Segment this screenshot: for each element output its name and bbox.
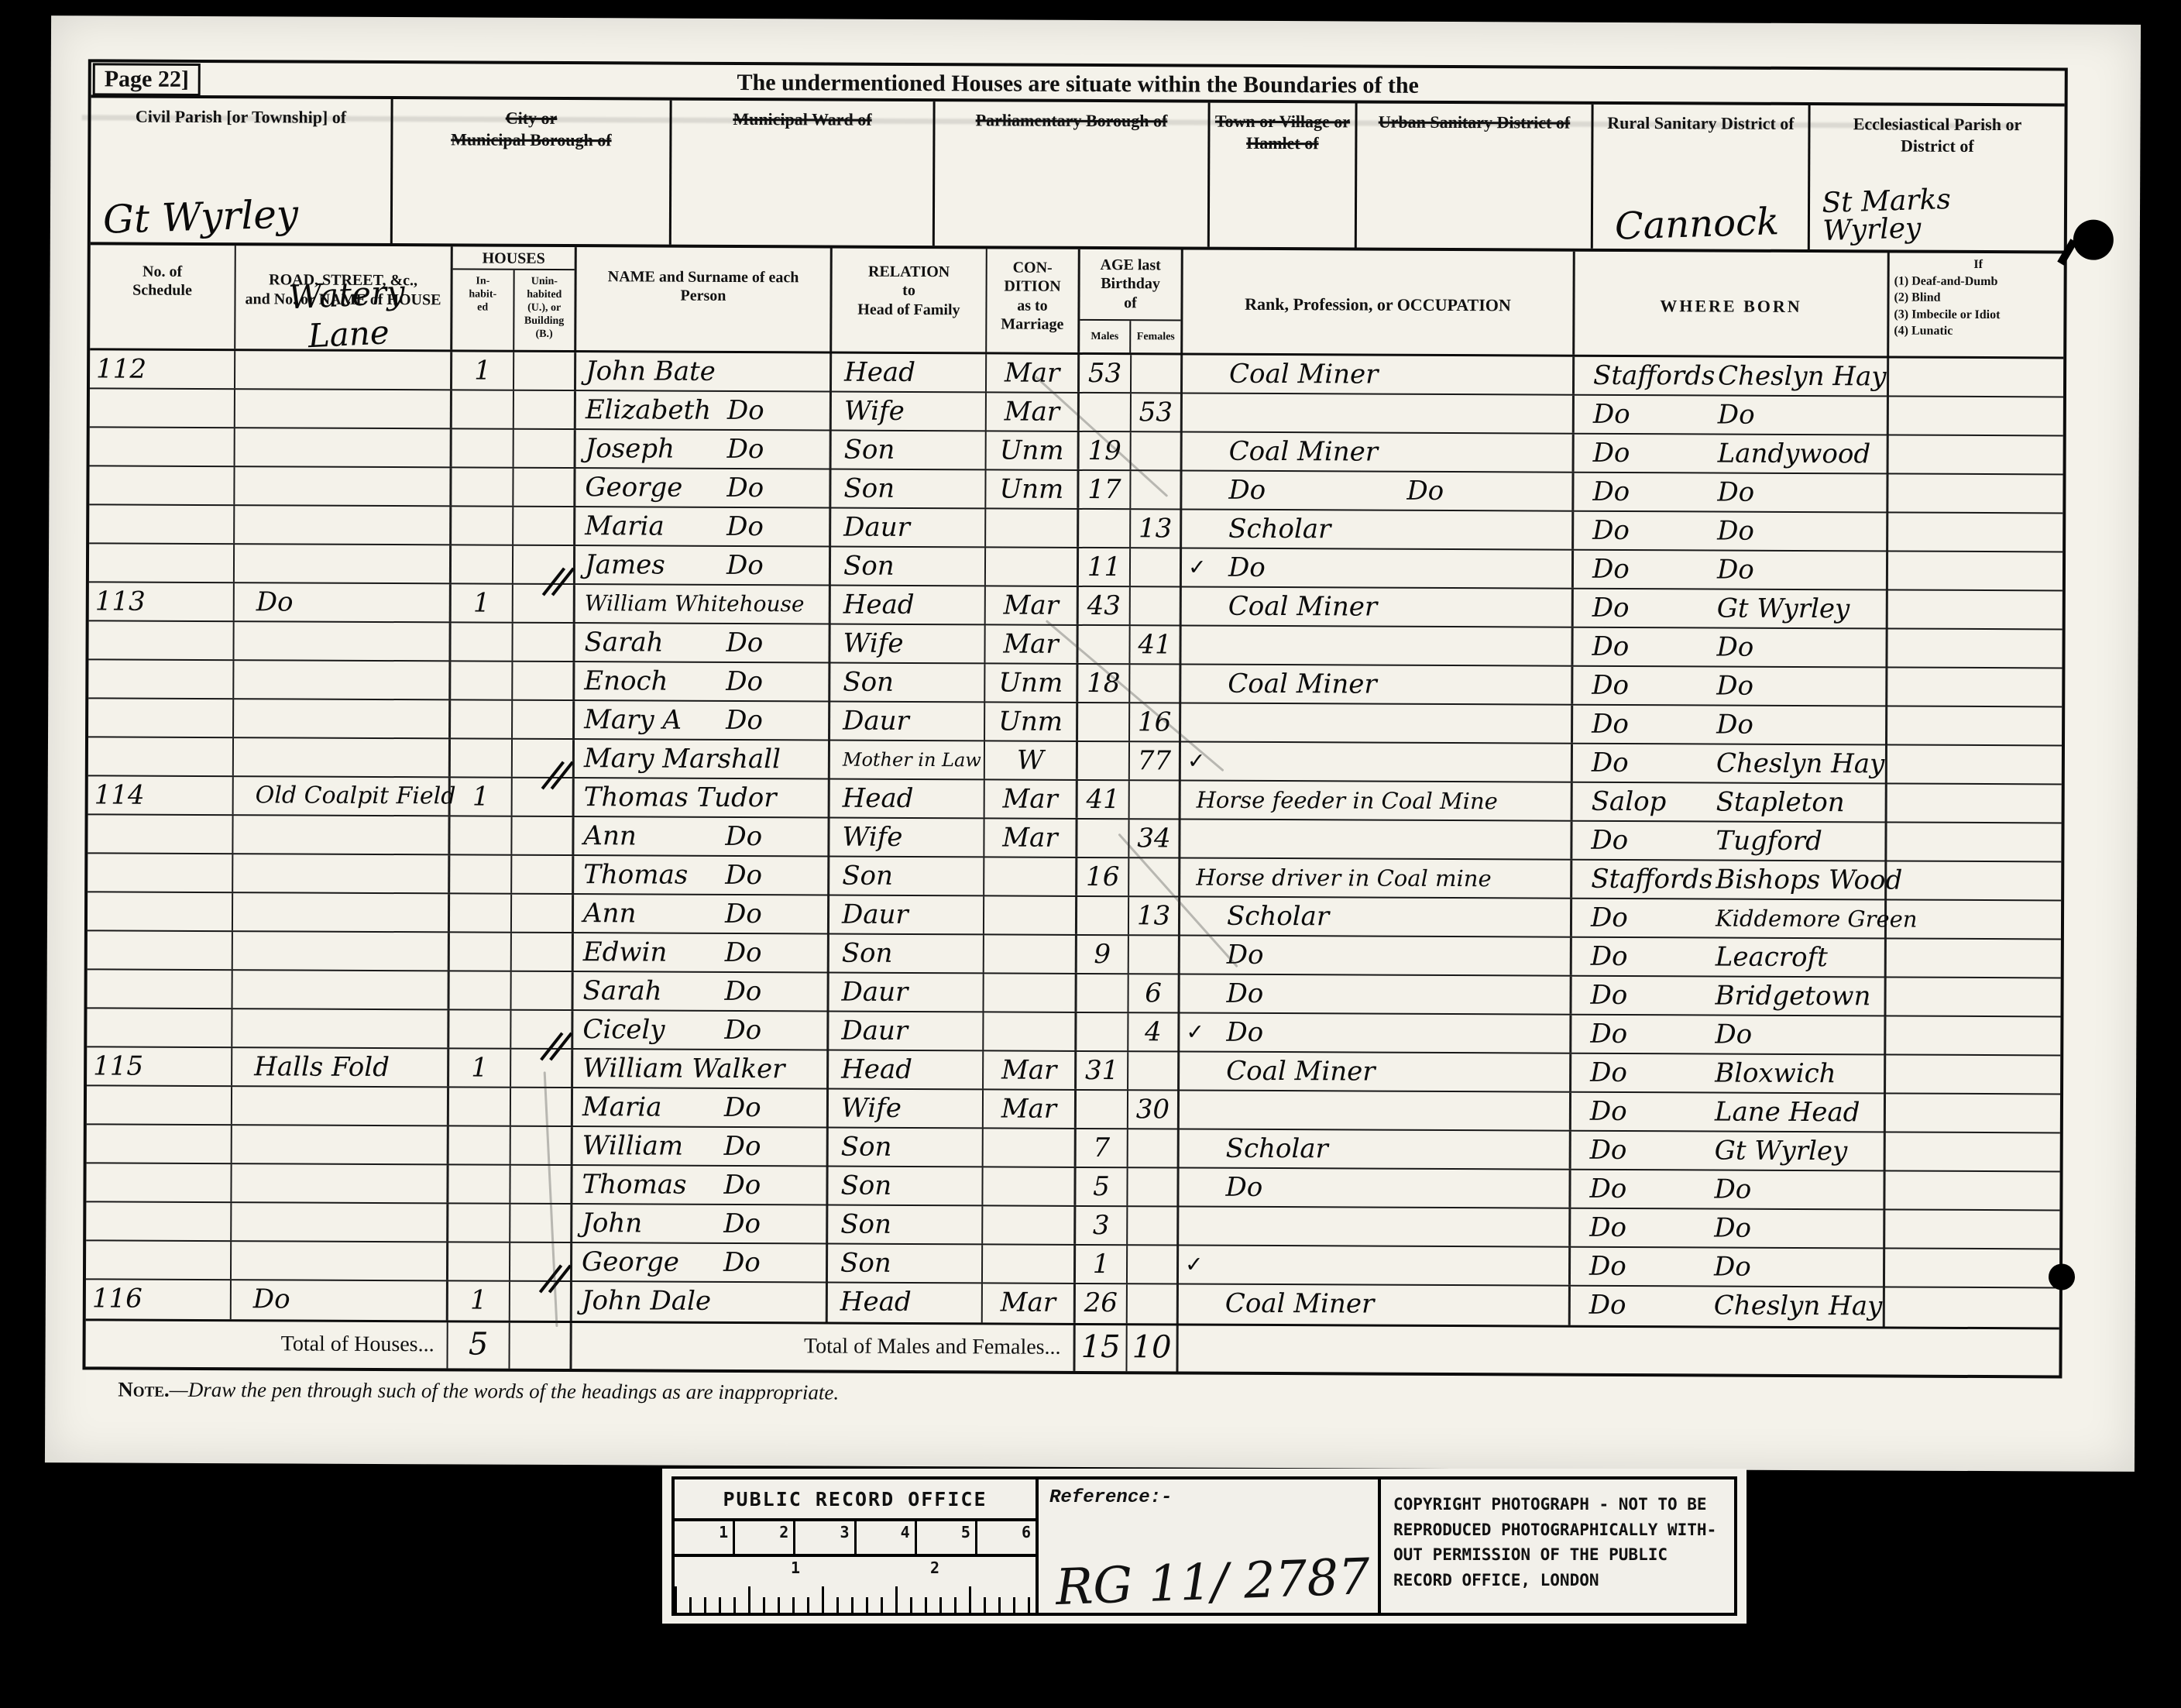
occupation-cell (1180, 1091, 1571, 1129)
inhabited-cell: 1 (449, 1049, 511, 1086)
age-male-value: 3 (1093, 1210, 1110, 1241)
age-female-value: 41 (1138, 629, 1171, 660)
person-name: Ann (583, 817, 637, 854)
inhabited-count: 1 (472, 782, 489, 813)
houses-group-label: HOUSES (453, 246, 575, 270)
where-born-cell: DoDo (1573, 628, 1887, 667)
uninhabited-cell (513, 740, 575, 777)
age-female-value: 13 (1139, 513, 1172, 544)
schedule-cell (88, 699, 234, 737)
occupation-cell: ✓ (1181, 742, 1573, 781)
where-born-cell: DoGt Wyrley (1571, 1132, 1886, 1170)
where-born-cell: DoDo (1574, 512, 1888, 551)
col-header-relation: RELATION to Head of Family (832, 249, 987, 352)
uninhabited-cell (513, 662, 575, 699)
age-females-cell (1128, 1168, 1179, 1205)
road-cell: Halls Fold (232, 1048, 449, 1086)
col-header-age: AGE last Birthday of Males Females (1080, 249, 1183, 353)
condition-value: Mar (1001, 1054, 1057, 1085)
where-born-cell: DoDo (1571, 1248, 1885, 1287)
age-males-cell: 7 (1077, 1129, 1128, 1167)
inhabited-cell (448, 1242, 510, 1280)
person-name: Maria (582, 1088, 662, 1125)
road-cell (233, 932, 450, 970)
inhabited-cell (452, 507, 513, 544)
age-males-cell (1078, 626, 1130, 663)
inhabited-cell (451, 700, 513, 737)
name-cell: JosephDo (576, 430, 832, 468)
road-name: Old Coalpit Field (256, 777, 456, 815)
name-cell: JohnDo (572, 1205, 828, 1242)
born-place: Cheslyn Hay (1714, 1287, 1883, 1325)
condition-cell: Mar (987, 393, 1080, 431)
born-county: Do (1592, 512, 1630, 549)
born-place: Cheslyn Hay (1716, 745, 1885, 783)
inhabited-cell (450, 894, 512, 931)
schedule-cell (88, 931, 233, 969)
infirmity-cell (1886, 1094, 2060, 1132)
age-male-value: 18 (1087, 668, 1120, 699)
occupation-cell: Do (1179, 1168, 1571, 1207)
col-header-name: NAME and Surname of each Person (576, 247, 833, 351)
person-name: Ann (583, 895, 637, 932)
relation-value: Head (843, 780, 914, 817)
uninhabited-cell (513, 507, 575, 545)
condition-cell (984, 896, 1077, 934)
road-cell (232, 1009, 449, 1047)
ruler-segment: 3 (795, 1521, 856, 1554)
infirmity-cell (1885, 1249, 2059, 1287)
age-males-cell: 9 (1077, 936, 1129, 973)
age-females-cell (1128, 1129, 1180, 1167)
district-label: Civil Parish [or Township] of (136, 107, 346, 127)
col-header-schedule: No. of Schedule (90, 245, 236, 349)
road-cell (235, 428, 452, 466)
road-cell: Old Coalpit Field (234, 777, 451, 815)
age-females-cell (1129, 936, 1180, 973)
person-name: George (585, 469, 682, 507)
road-cell (234, 738, 451, 776)
born-place: Bishops Wood (1716, 861, 1902, 899)
born-county: Do (1590, 1132, 1627, 1169)
condition-cell (986, 509, 1079, 547)
age-males-cell: 41 (1078, 781, 1130, 818)
road-cell (232, 1087, 449, 1125)
inhabited-count: 1 (471, 1053, 488, 1084)
person-name: William (582, 1127, 684, 1165)
condition-cell (984, 1012, 1077, 1050)
name-cell: EnochDo (575, 662, 830, 700)
occupation-cell: Do (1180, 936, 1572, 974)
person-surname-ditto: Do (724, 973, 761, 1010)
condition-cell: Mar (984, 819, 1077, 857)
reference-number-handwriting: RG 11/ 2787 (1055, 1548, 1371, 1617)
relation-value: Wife (843, 625, 903, 662)
uninhabited-cell (512, 933, 574, 971)
born-place: Do (1717, 513, 1754, 550)
age-females-cell (1128, 1284, 1179, 1323)
stamp-frame: PUBLIC RECORD OFFICE 123456 12 Reference… (671, 1476, 1737, 1616)
condition-value: Unm (1000, 435, 1064, 466)
occupation-value: Do (1226, 975, 1263, 1012)
person-surname-ditto: Do (727, 431, 764, 468)
total-males-females-label: Total of Males and Females... (572, 1323, 1075, 1371)
age-females-cell: 6 (1128, 974, 1180, 1012)
age-males-cell: 53 (1080, 355, 1132, 392)
person-name: Thomas Tudor (584, 778, 777, 816)
infirmity-cell (1887, 861, 2061, 899)
age-males-cell: 17 (1079, 471, 1131, 508)
age-males-cell (1078, 742, 1130, 779)
person-name: George (582, 1243, 679, 1281)
district-value-handwriting: Cannock (1614, 203, 1779, 245)
age-subheaders: Males Females (1080, 319, 1180, 353)
born-place: Do (1716, 668, 1753, 705)
relation-cell: Son (829, 857, 984, 895)
relation-cell: Son (829, 1129, 984, 1167)
road-cell (235, 351, 452, 389)
checkmark: ✓ (1188, 549, 1207, 586)
where-born-cell: DoDo (1573, 706, 1887, 744)
road-cell: Do (235, 583, 452, 621)
relation-cell: Head (832, 354, 987, 392)
total-houses-value: 5 (448, 1322, 510, 1368)
occupation-cell (1179, 1207, 1571, 1246)
inhabited-cell: 1 (452, 352, 514, 389)
total-houses-label: Total of Houses... (85, 1321, 448, 1368)
name-cell: GeorgeDo (575, 469, 831, 507)
road-cell (232, 1203, 448, 1241)
footnote-prefix: Note. (118, 1378, 170, 1401)
born-county: Do (1590, 1093, 1627, 1130)
infirmity-cell (1886, 1132, 2060, 1170)
ruler-inch-label: 1 (791, 1559, 800, 1577)
where-born-cell: DoDo (1573, 667, 1887, 706)
name-cell: William Walker (573, 1050, 829, 1088)
occupation-value: Coal Miner (1225, 1285, 1375, 1323)
uninhabited-cell (514, 352, 576, 390)
schedule-cell: 114 (88, 776, 234, 814)
condition-cell: Unm (987, 431, 1080, 469)
age-males-cell: 11 (1079, 548, 1131, 586)
ruler-segment: 5 (917, 1521, 977, 1554)
born-place: Gt Wyrley (1717, 590, 1850, 628)
relation-cell: Son (828, 1245, 983, 1283)
age-female-value: 4 (1145, 1016, 1162, 1047)
inhabited-cell: 1 (451, 778, 513, 815)
relation-cell: Son (831, 470, 986, 508)
uninhabited-cell (511, 1088, 573, 1125)
age-male-value: 1 (1093, 1249, 1110, 1280)
occupation-cell: Scholar (1180, 897, 1572, 936)
born-place: Stapleton (1716, 784, 1845, 822)
stamp-ruler-fine: 12 (675, 1557, 1036, 1613)
where-born-cell: DoTugford (1572, 822, 1887, 861)
relation-cell: Daur (831, 509, 986, 547)
born-county: Do (1590, 1054, 1627, 1091)
person-surname-ditto: Do (723, 1205, 761, 1242)
age-females-cell (1128, 1246, 1179, 1283)
copyright-line: COPYRIGHT PHOTOGRAPH - NOT TO BE (1393, 1492, 1723, 1517)
infirmity-cell (1887, 706, 2062, 744)
col-header-uninhabited: Unin- habited (U.), or Building (B.) (514, 270, 575, 350)
where-born-cell: DoDo (1574, 473, 1888, 512)
uninhabited-cell (513, 546, 575, 583)
inhabited-cell (452, 545, 513, 583)
form-footnote: Note.—Draw the pen through such of the w… (118, 1378, 839, 1405)
road-cell (233, 854, 450, 892)
person-surname-ditto: Do (725, 934, 762, 971)
condition-value: Mar (1005, 396, 1060, 427)
relation-value: Wife (842, 819, 902, 856)
checkmark: ✓ (1185, 1246, 1204, 1284)
relation-cell: Wife (829, 819, 984, 857)
occupation-value: Do (1225, 1169, 1262, 1206)
infirmity-cell (1886, 978, 2060, 1016)
schedule-number: 112 (96, 350, 146, 387)
district-label-struck: Urban Sanitary District of (1379, 112, 1571, 132)
person-name: Edwin (583, 933, 668, 971)
occupation-value: Coal Miner (1228, 588, 1378, 626)
age-group-label: AGE last Birthday of (1080, 249, 1180, 320)
relation-value: Head (840, 1284, 912, 1321)
occupation-value: Scholar (1226, 1130, 1328, 1168)
stamp-reference-section: Reference:- RG 11/ 2787 (1039, 1479, 1381, 1613)
occupation-cell: Coal Miner (1182, 587, 1574, 626)
condition-cell (984, 974, 1077, 1012)
schedule-cell (86, 1163, 232, 1201)
age-females-cell (1131, 471, 1182, 508)
road-cell: Do (232, 1280, 448, 1320)
relation-value: Daur (841, 1012, 908, 1050)
road-cell (233, 893, 450, 931)
age-females-cell: 13 (1131, 510, 1182, 547)
schedule-cell (87, 1009, 232, 1046)
road-cell (235, 390, 452, 428)
relation-cell: Wife (832, 393, 987, 431)
scanned-sheet: Page 22] The undermentioned Houses are s… (45, 15, 2141, 1472)
infirmity-header-line: (1) Deaf-and-Dumb (1894, 273, 2063, 290)
inhabited-cell (451, 739, 513, 776)
infirmity-cell (1889, 397, 2063, 435)
name-cell: William Whitehouse (575, 585, 831, 623)
condition-cell: Mar (983, 1284, 1076, 1323)
occupation-cell (1183, 394, 1575, 433)
occupation-value: Scholar (1228, 510, 1331, 548)
person-name: Mary Marshall (584, 740, 781, 778)
name-cell: SarahDo (573, 972, 829, 1010)
relation-cell: Head (830, 780, 985, 818)
infirmity-cell (1887, 745, 2062, 783)
name-cell: John Bate (576, 352, 832, 390)
age-females-cell (1128, 1052, 1180, 1089)
age-male-value: 17 (1087, 474, 1121, 505)
uninhabited-cell (511, 1011, 573, 1048)
schedule-cell (86, 1241, 232, 1279)
totals-spacer (510, 1323, 572, 1369)
district-header-band: Civil Parish [or Township] ofGt WyrleyCi… (91, 98, 2065, 253)
born-place: Do (1714, 1210, 1751, 1247)
district-cell: Town or Village or Hamlet of (1210, 103, 1358, 248)
reference-label: Reference:- (1049, 1487, 1172, 1508)
schedule-cell (90, 389, 235, 427)
name-cell: MariaDo (573, 1088, 829, 1126)
born-county: Do (1592, 551, 1630, 588)
inhabited-cell (452, 390, 514, 428)
occupation-cell: Coal Miner (1183, 356, 1575, 394)
where-born-cell: DoLeacroft (1572, 938, 1887, 977)
born-place: Lane Head (1715, 1094, 1860, 1132)
born-county: Salop (1592, 783, 1667, 820)
relation-value: Head (843, 586, 915, 624)
inhabited-cell (452, 429, 514, 466)
district-label: Ecclesiastical Parish or District of (1853, 114, 2022, 155)
relation-cell: Daur (829, 974, 984, 1012)
name-cell: GeorgeDo (572, 1243, 828, 1281)
road-cell (235, 545, 452, 583)
schedule-number: 114 (94, 776, 145, 813)
occupation-cell (1181, 703, 1573, 742)
occupation-cell: ✓Do (1182, 548, 1574, 587)
name-cell: John Dale (572, 1282, 828, 1321)
name-cell: EdwinDo (574, 933, 829, 971)
district-cell: Municipal Ward of (671, 101, 936, 246)
col-header-houses: HOUSES In- habit- ed Unin- habited (U.),… (452, 246, 577, 350)
occupation-cell: Coal Miner (1179, 1284, 1571, 1325)
where-born-cell: DoDo (1571, 1209, 1885, 1248)
ruler-segment: 6 (977, 1521, 1036, 1554)
where-born-cell: SalopStapleton (1573, 783, 1887, 822)
occupation-value: Do (1228, 472, 1266, 509)
schedule-cell (88, 970, 233, 1008)
age-female-value: 30 (1136, 1094, 1169, 1125)
condition-value: Mar (1005, 357, 1060, 388)
relation-value: Daur (842, 896, 908, 933)
age-females-cell: 30 (1128, 1091, 1180, 1128)
uninhabited-cell (514, 391, 576, 428)
born-place: Cheslyn Hay (1718, 358, 1887, 396)
person-surname-ditto: Do (726, 663, 763, 700)
condition-value: Unm (998, 706, 1063, 737)
age-females-cell (1130, 781, 1181, 818)
road-name: Do (253, 1280, 290, 1318)
born-county: Do (1592, 667, 1629, 704)
road-cell (232, 1242, 448, 1280)
person-name: John Dale (582, 1282, 711, 1320)
person-name: Mary A (584, 701, 682, 739)
relation-value: Son (843, 470, 895, 507)
relation-cell: Daur (830, 703, 985, 741)
condition-cell: Mar (987, 354, 1080, 392)
col-header-inhabited: In- habit- ed (452, 270, 514, 349)
age-male-value: 7 (1093, 1132, 1110, 1163)
age-female-value: 13 (1137, 900, 1170, 931)
age-males-cell (1077, 1013, 1128, 1050)
schedule-cell (89, 466, 235, 504)
occupation-cell: Horse driver in Coal mine (1180, 858, 1572, 897)
schedule-cell (90, 428, 235, 466)
age-males-cell (1077, 974, 1128, 1012)
occupation-value: Coal Miner (1229, 356, 1379, 393)
uninhabited-cell (510, 1205, 572, 1242)
relation-cell: Daur (829, 896, 984, 934)
occupation-cell: Horse feeder in Coal Mine (1181, 781, 1573, 820)
age-females-cell: 4 (1128, 1013, 1180, 1050)
relation-value: Son (840, 1206, 891, 1243)
name-cell: AnnDo (574, 817, 829, 855)
infirmity-cell (1887, 629, 2062, 667)
born-place: Do (1718, 397, 1755, 434)
copyright-line: RECORD OFFICE, LONDON (1393, 1568, 1723, 1593)
infirmity-cell (1887, 900, 2061, 938)
born-county: Do (1591, 899, 1628, 936)
infirmity-cell (1888, 474, 2063, 512)
relation-cell: Son (831, 548, 986, 586)
schedule-cell (88, 737, 234, 775)
name-cell: WilliamDo (573, 1127, 829, 1165)
occupation-cell (1180, 820, 1572, 858)
col-header-road: ROAD, STREET, &c., and No. or NAME of HO… (235, 246, 453, 349)
uninhabited-cell (511, 1127, 573, 1164)
infirmity-cell (1889, 358, 2063, 396)
relation-value: Wife (844, 393, 905, 430)
relation-cell: Wife (829, 1090, 984, 1128)
born-place: Tugford (1716, 823, 1822, 861)
inhabited-cell (450, 933, 512, 970)
inhabited-count: 1 (474, 356, 491, 387)
name-cell: CicelyDo (573, 1011, 829, 1049)
infirmity-cell (1885, 1171, 2059, 1209)
person-name: Sarah (582, 972, 661, 1009)
age-males-cell (1078, 703, 1130, 741)
condition-cell (983, 1206, 1076, 1244)
census-form: Page 22] The undermentioned Houses are s… (82, 59, 2067, 1378)
road-cell (235, 467, 452, 505)
person-surname-ditto: Do (724, 1128, 761, 1165)
condition-cell (986, 548, 1079, 586)
name-cell: Mary ADo (575, 701, 830, 739)
age-males-cell: 31 (1077, 1052, 1128, 1089)
road-cell (233, 971, 450, 1009)
col-header-infirmity: If(1) Deaf-and-Dumb(2) Blind(3) Imbecile… (1889, 253, 2064, 356)
schedule-number: 113 (95, 583, 146, 620)
ruler-inch-label: 2 (930, 1559, 939, 1577)
relation-cell: Son (828, 1167, 983, 1205)
district-cell: Ecclesiastical Parish or District ofSt M… (1810, 105, 2065, 250)
age-males-cell (1077, 1091, 1128, 1128)
age-males-cell (1077, 897, 1129, 934)
person-surname-ditto: Do (723, 1244, 761, 1281)
footnote-text: —Draw the pen through such of the words … (170, 1378, 840, 1404)
age-females-cell (1132, 355, 1183, 392)
uninhabited-cell (513, 701, 575, 738)
inhabited-cell: 1 (448, 1281, 510, 1320)
uninhabited-cell (514, 430, 576, 467)
census-rows: 1121John BateHeadMar53Coal MinerStafford… (86, 350, 2063, 1327)
road-cell (234, 661, 451, 699)
schedule-cell: 113 (89, 583, 235, 620)
born-county: Do (1593, 396, 1630, 433)
street-name-handwriting: Watery Lane (243, 270, 452, 359)
condition-cell (983, 1167, 1076, 1205)
col-header-condition: CON- DITION as to Marriage (987, 249, 1080, 352)
occupation-value: Coal Miner (1229, 433, 1379, 471)
relation-value: Mother in Law (843, 741, 981, 779)
page-number: Page 22] (93, 63, 201, 96)
age-males-cell: 5 (1076, 1168, 1128, 1205)
born-place: Do (1717, 474, 1754, 511)
name-cell: JamesDo (575, 546, 831, 584)
